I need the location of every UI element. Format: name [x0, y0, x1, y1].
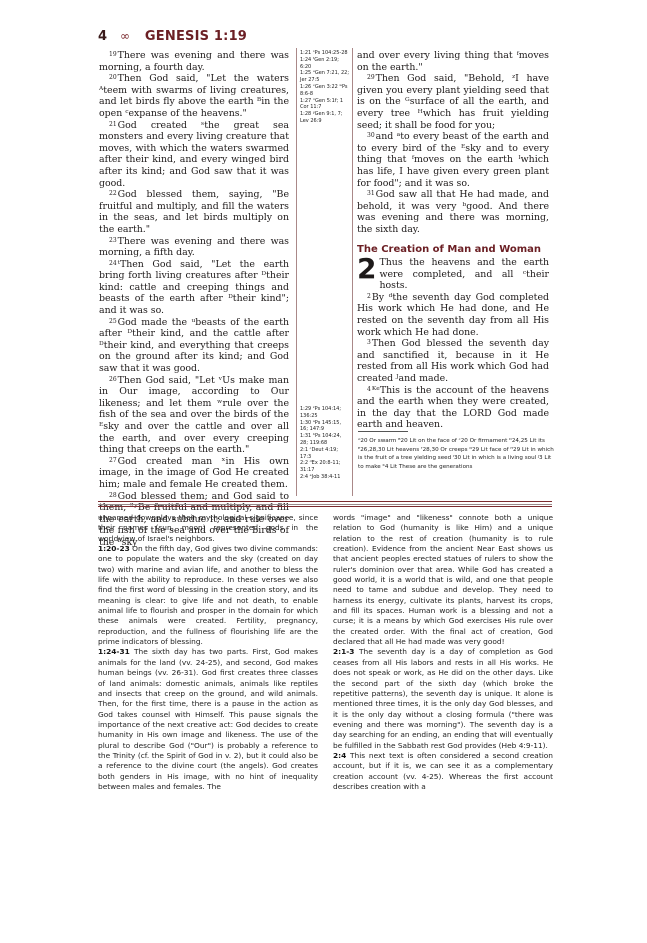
bible-page: 4 ∞ GENESIS 1:19 19There was evening and… [0, 0, 647, 943]
commentary-column-right: words "image" and "likeness" connote bot… [333, 513, 553, 792]
verse: 2Thus the heavens and the earth were com… [357, 257, 549, 292]
verse: 31God saw all that He had made, and beho… [357, 189, 549, 235]
commentary-paragraph: 1:24-31 The sixth day has two parts. Fir… [98, 647, 318, 792]
commentary-paragraph: 2:1-3 The seventh day is a day of comple… [333, 647, 553, 750]
running-header: 4 ∞ GENESIS 1:19 [98, 29, 247, 44]
verse: 4ᴷᵉThis is the account of the heavens an… [357, 385, 549, 431]
running-title: GENESIS 1:19 [145, 29, 247, 44]
verse: 22God blessed them, saying, "Be fruitful… [99, 189, 289, 235]
column-divider [352, 48, 353, 496]
verse: 3Then God blessed the seventh day and sa… [357, 338, 549, 384]
verse: 21God created ˢthe great sea monsters an… [99, 120, 289, 190]
scripture-column-right: and over every living thing that ᶠmoves … [357, 50, 549, 431]
ornament-icon: ∞ [120, 29, 130, 43]
footnotes: ᴬ20 Or swarm ᴮ20 Lit on the face of ᶜ20 … [358, 437, 558, 471]
verse: 29Then God said, "Behold, ᶻI have given … [357, 73, 549, 131]
footnote-rule [358, 431, 408, 432]
commentary-paragraph: 1:20-23 On the fifth day, God gives two … [98, 544, 318, 647]
verse: 27God created man ˣin His own image, in … [99, 456, 289, 491]
chapter-number: 2 [357, 257, 376, 281]
verse-continuation: and over every living thing that ᶠmoves … [357, 50, 549, 73]
verse: 19There was evening and there was mornin… [99, 50, 289, 73]
column-divider [296, 48, 297, 496]
verse: 26Then God said, "Let ᵛUs make man in Ou… [99, 375, 289, 456]
verse: 2By ᵈthe seventh day God completed His w… [357, 292, 549, 338]
page-number: 4 [98, 29, 107, 44]
verse: 24ᵗThen God said, "Let the earth bring f… [99, 259, 289, 317]
commentary-paragraph: 2:4 This next text is often considered a… [333, 751, 553, 792]
verse: 30and ᵃto every beast of the earth and t… [357, 131, 549, 189]
commentary-paragraph: unnamed downplays their mythological sig… [98, 513, 318, 544]
verse: 20Then God said, "Let the waters ᴬteem w… [99, 73, 289, 119]
cross-references-top: 1:21 ˢPs 104:25-28 1:24 ᵗGen 2:19; 6:20 … [300, 50, 350, 125]
commentary-column-left: unnamed downplays their mythological sig… [98, 513, 318, 792]
section-heading: The Creation of Man and Woman [357, 244, 549, 256]
commentary-paragraph: words "image" and "likeness" connote bot… [333, 513, 553, 647]
commentary-separator [98, 501, 552, 507]
cross-references-bottom: 1:29 ᶻPs 104:14; 136:25 1:30 ᵃPs 145:15,… [300, 406, 350, 481]
verse: 23There was evening and there was mornin… [99, 236, 289, 259]
scripture-column-left: 19There was evening and there was mornin… [99, 50, 289, 549]
verse: 25God made the ᵘbeasts of the earth afte… [99, 317, 289, 375]
